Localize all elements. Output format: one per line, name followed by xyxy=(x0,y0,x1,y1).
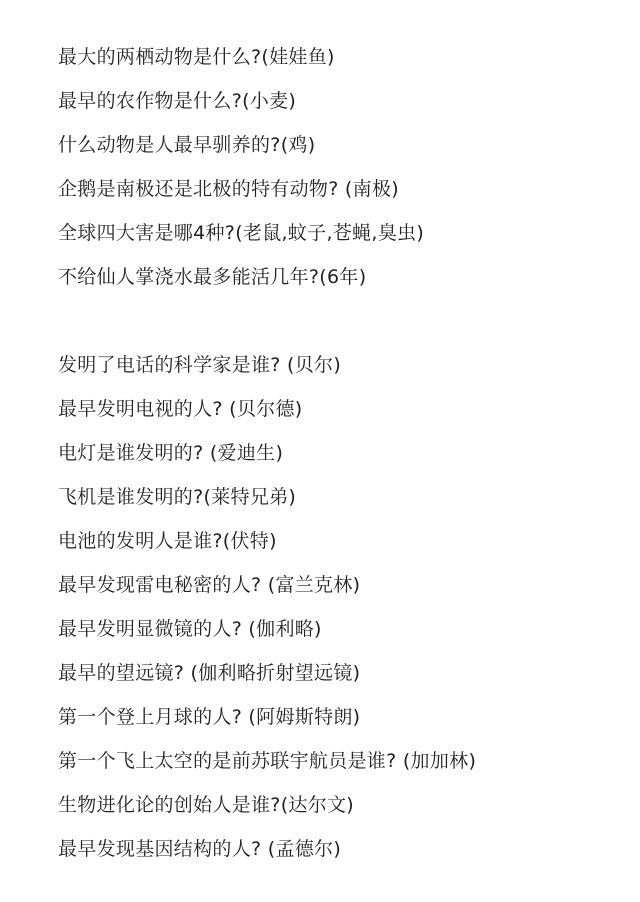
question-text: 发明了电话的科学家是谁? xyxy=(58,354,281,376)
answer-text: (老鼠,蚊子,苍蝇,臭虫) xyxy=(235,222,424,244)
answer-text: (孟德尔) xyxy=(261,838,341,860)
quiz-line: 电灯是谁发明的? (爱迪生) xyxy=(58,441,283,465)
answer-text: (贝尔) xyxy=(281,354,341,376)
answer-text: (伏特) xyxy=(223,530,277,552)
quiz-line: 飞机是谁发明的?(莱特兄弟) xyxy=(58,485,296,509)
quiz-line: 电池的发明人是谁?(伏特) xyxy=(58,529,277,553)
answer-text: (娃娃鱼) xyxy=(261,46,334,68)
quiz-line: 全球四大害是哪4种?(老鼠,蚊子,苍蝇,臭虫) xyxy=(58,221,424,245)
answer-text: (加加林) xyxy=(397,750,477,772)
quiz-line: 最早发明显微镜的人? (伽利略) xyxy=(58,617,322,641)
answer-text: (富兰克林) xyxy=(261,574,360,596)
answer-text: (小麦) xyxy=(242,90,296,112)
question-text: 最大的两栖动物是什么? xyxy=(58,46,261,68)
question-text: 生物进化论的创始人是谁? xyxy=(58,794,281,816)
quiz-line: 最早发明电视的人? (贝尔德) xyxy=(58,397,302,421)
answer-text: (6年) xyxy=(319,266,366,288)
answer-text: (伽利略折射望远镜) xyxy=(184,662,360,684)
question-text: 不给仙人掌浇水最多能活几年? xyxy=(58,266,319,288)
answer-text: (鸡) xyxy=(281,134,316,156)
answer-text: (莱特兄弟) xyxy=(204,486,297,508)
question-text: 最早的望远镜? xyxy=(58,662,184,684)
answer-text: (阿姆斯特朗) xyxy=(242,706,360,728)
answer-text: (爱迪生) xyxy=(204,442,284,464)
question-text: 第一个登上月球的人? xyxy=(58,706,242,728)
quiz-line: 不给仙人掌浇水最多能活几年?(6年) xyxy=(58,265,366,289)
question-text: 最早发现基因结构的人? xyxy=(58,838,261,860)
question-text: 电池的发明人是谁? xyxy=(58,530,223,552)
answer-text: (南极) xyxy=(339,178,399,200)
quiz-line: 什么动物是人最早驯养的?(鸡) xyxy=(58,133,315,157)
quiz-line: 最早的农作物是什么?(小麦) xyxy=(58,89,296,113)
question-text: 最早发明电视的人? xyxy=(58,398,223,420)
question-text: 最早的农作物是什么? xyxy=(58,90,242,112)
quiz-line: 最早发现雷电秘密的人? (富兰克林) xyxy=(58,573,360,597)
quiz-line: 最早的望远镜? (伽利略折射望远镜) xyxy=(58,661,360,685)
quiz-line: 企鹅是南极还是北极的特有动物? (南极) xyxy=(58,177,399,201)
question-text: 全球四大害是哪4种? xyxy=(58,222,235,244)
quiz-line: 第一个飞上太空的是前苏联宇航员是谁? (加加林) xyxy=(58,749,476,773)
answer-text: (贝尔德) xyxy=(223,398,303,420)
answer-text: (伽利略) xyxy=(242,618,322,640)
question-text: 什么动物是人最早驯养的? xyxy=(58,134,281,156)
quiz-line: 第一个登上月球的人? (阿姆斯特朗) xyxy=(58,705,360,729)
question-text: 飞机是谁发明的? xyxy=(58,486,204,508)
question-text: 最早发现雷电秘密的人? xyxy=(58,574,261,596)
answer-text: (达尔文) xyxy=(281,794,354,816)
quiz-line: 最大的两栖动物是什么?(娃娃鱼) xyxy=(58,45,335,69)
quiz-line: 最早发现基因结构的人? (孟德尔) xyxy=(58,837,341,861)
question-text: 第一个飞上太空的是前苏联宇航员是谁? xyxy=(58,750,397,772)
question-text: 电灯是谁发明的? xyxy=(58,442,204,464)
quiz-line: 生物进化论的创始人是谁?(达尔文) xyxy=(58,793,354,817)
quiz-line: 发明了电话的科学家是谁? (贝尔) xyxy=(58,353,341,377)
question-text: 最早发明显微镜的人? xyxy=(58,618,242,640)
question-text: 企鹅是南极还是北极的特有动物? xyxy=(58,178,339,200)
